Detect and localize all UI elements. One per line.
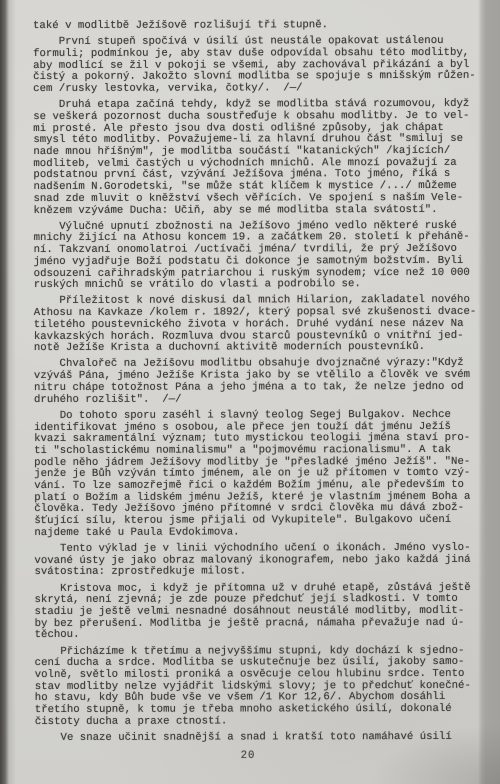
scanned-page: také v modlitbě Ježíšově rozlišují tři s… <box>0 0 500 784</box>
paragraph: Kristova moc, i když je přítomna už v dr… <box>34 582 482 642</box>
scan-edge-left <box>0 0 16 784</box>
paragraph: Výlučné upnutí zbožnosti na Ježíšovo jmé… <box>34 221 482 292</box>
paragraph: Příležitost k nové diskusi dal mnich Hil… <box>34 295 482 355</box>
paragraph: Druhá etapa začíná tehdy, když se modlit… <box>33 99 481 217</box>
paragraph: Přicházíme k třetímu a nejvyššímu stupni… <box>35 645 483 728</box>
paragraph: Ve snaze učinit snadnější a snad i kratš… <box>35 732 483 745</box>
paragraph: také v modlitbě Ježíšově rozlišují tři s… <box>33 20 481 33</box>
paragraph: Do tohoto sporu zaséhl i slavný teolog S… <box>34 410 482 540</box>
paragraph: Chvalořeč na Ježíšovu modlitbu obsahuje … <box>34 358 482 406</box>
paragraph: První stupeň spočívá v úsilí úst neustál… <box>33 36 481 96</box>
page-number: 20 <box>33 750 463 762</box>
paragraph: Tento výklad je v linii východního učení… <box>34 543 482 579</box>
document-text: také v modlitbě Ježíšově rozlišují tři s… <box>33 20 483 749</box>
